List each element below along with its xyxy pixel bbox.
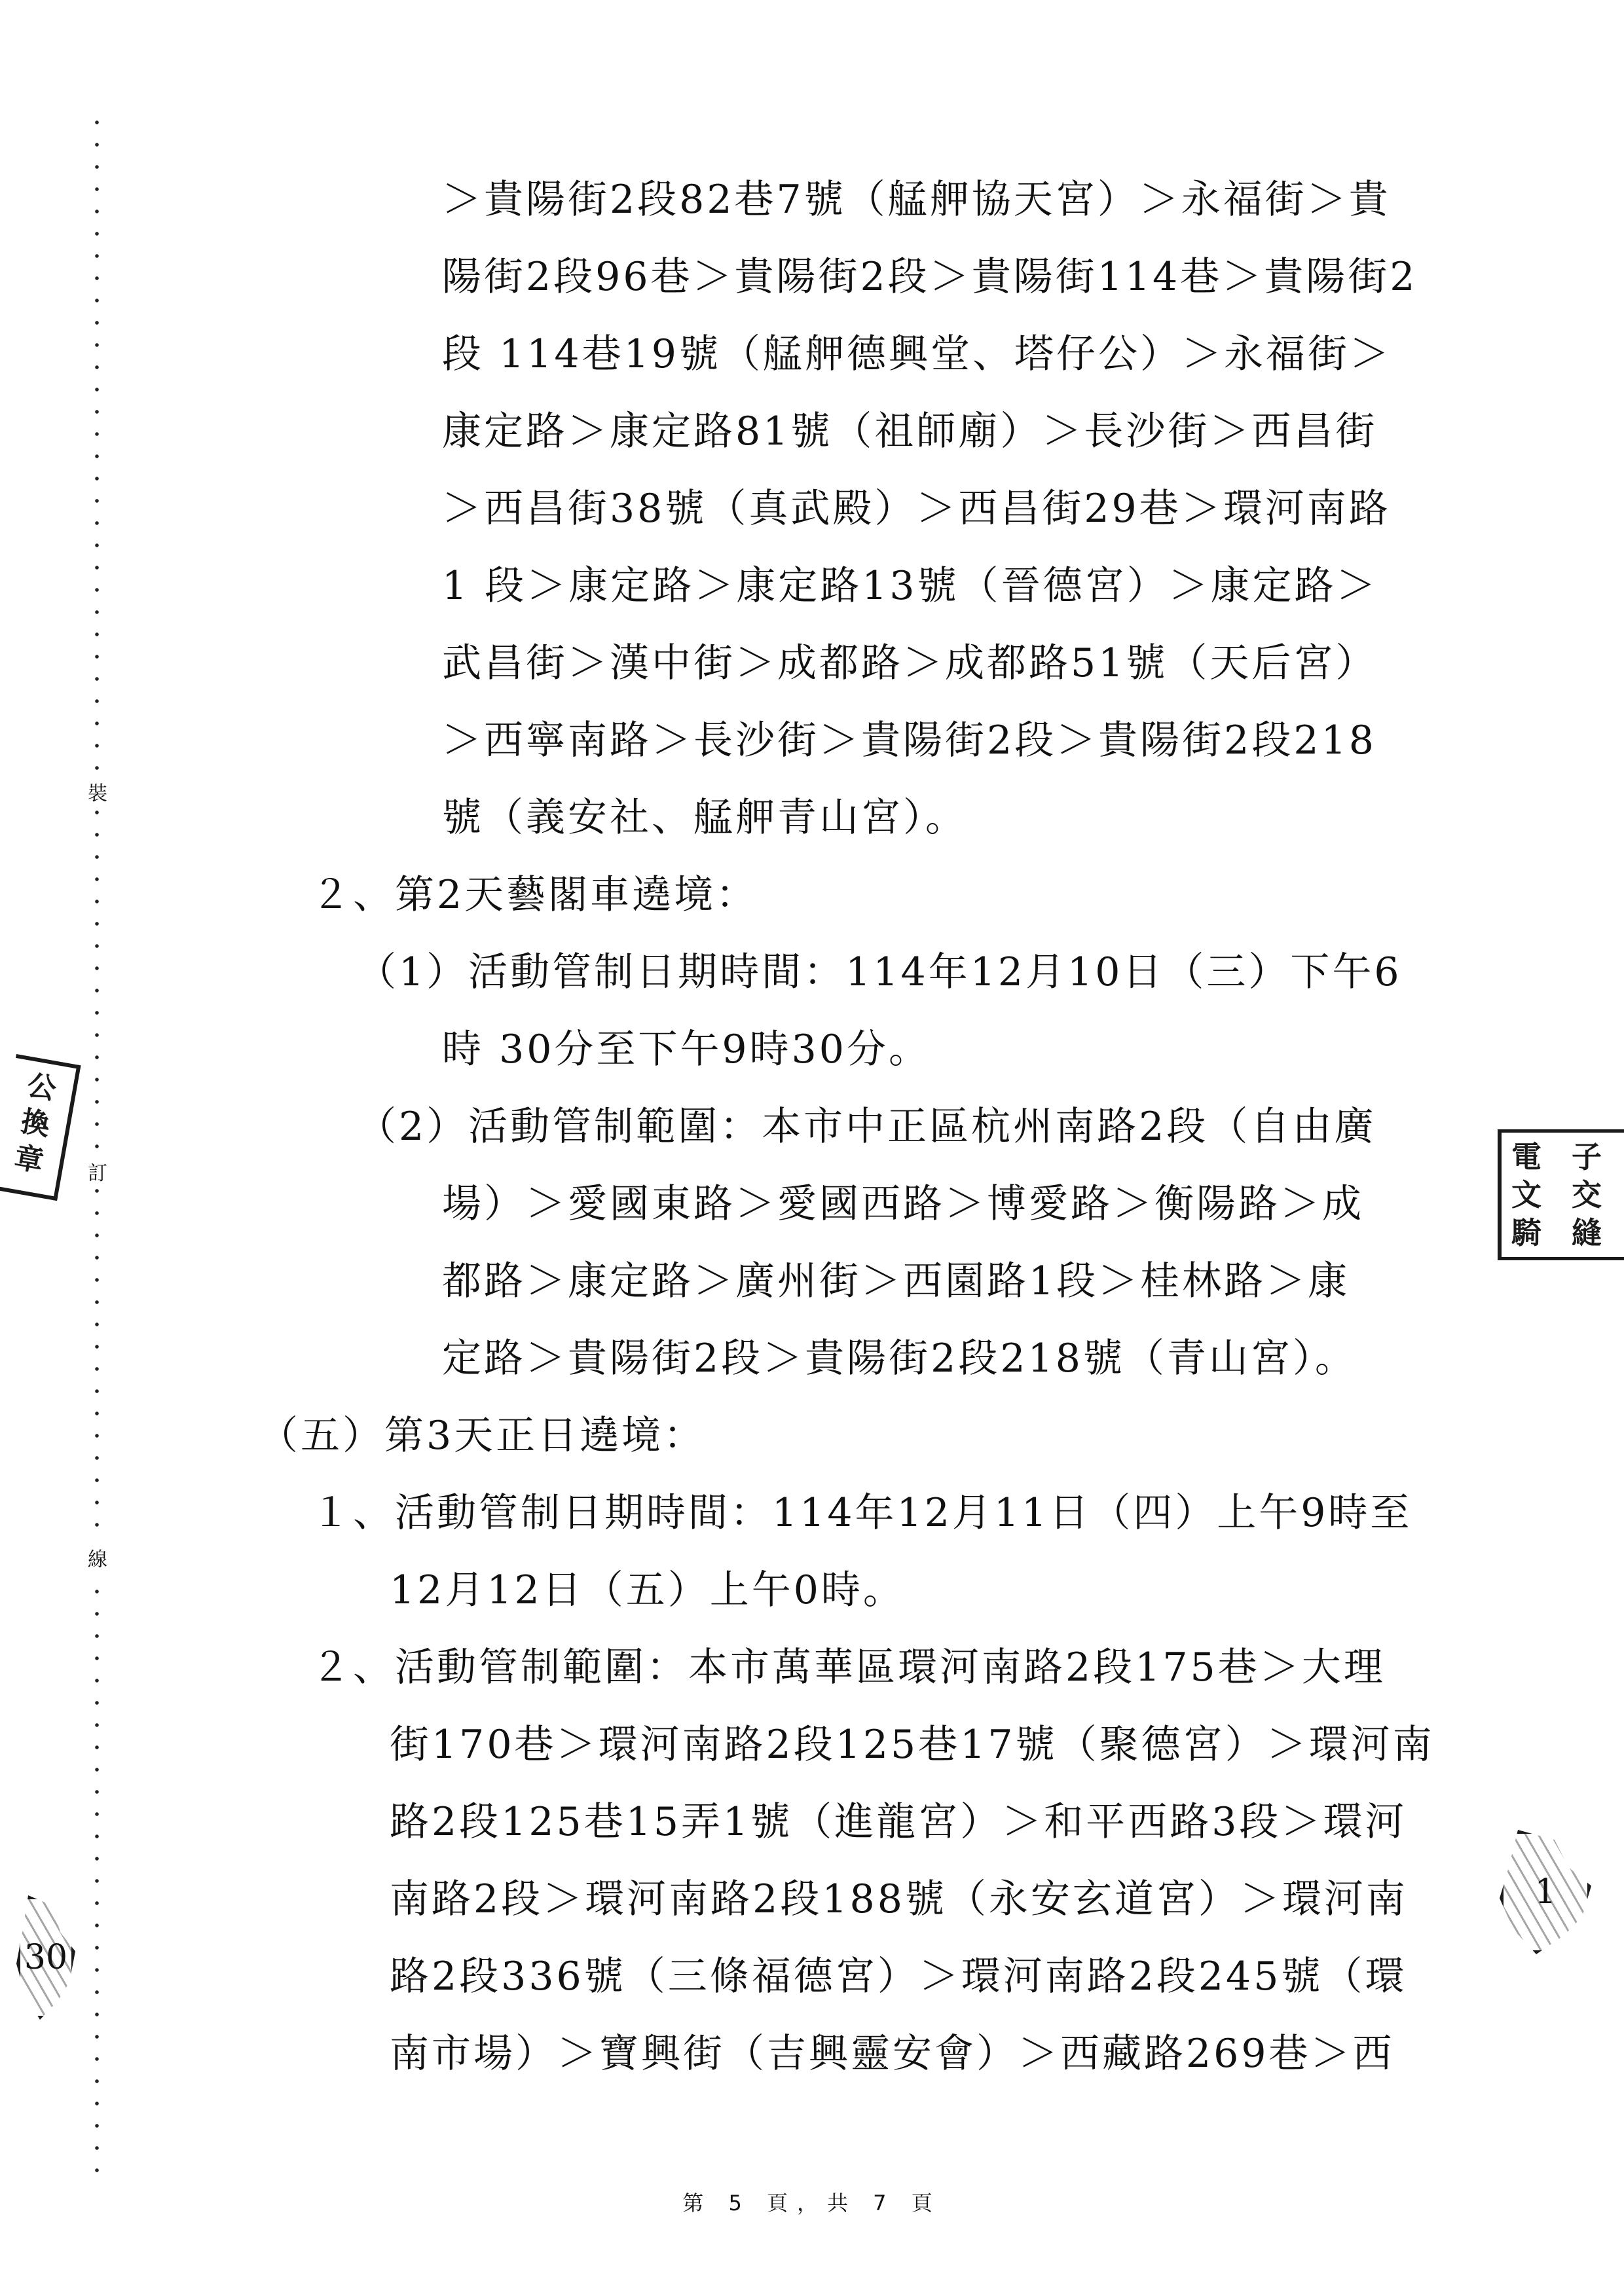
seal-char: 交 xyxy=(1567,1176,1606,1214)
list-item-control-range: （2）活動管制範圍：本市中正區杭州南路2段（自由廣 xyxy=(357,1101,1376,1153)
body-text-line: 路2段125巷15弄1號（進龍宮）＞和平西路3段＞環河 xyxy=(390,1796,1407,1848)
body-text-line: 場）＞愛國東路＞愛國西路＞博愛路＞衡陽路＞成 xyxy=(442,1178,1364,1230)
body-text-line: 康定路＞康定路81號（祖師廟）＞長沙街＞西昌街 xyxy=(442,405,1377,458)
binding-dotted-line xyxy=(95,111,99,2180)
list-item-control-time: （1）活動管制日期時間：114年12月10日（三）下午6 xyxy=(357,946,1402,998)
seal-column-2: 子 交 縫 xyxy=(1567,1138,1606,1252)
section-heading-day3: （五）第3天正日遶境： xyxy=(259,1410,705,1462)
body-text-line: 段 114巷19號（艋舺德興堂、塔仔公）＞永福街＞ xyxy=(442,328,1392,380)
list-item-control-time: １、活動管制日期時間：114年12月11日（四）上午9時至 xyxy=(311,1487,1412,1539)
body-text-line: 南路2段＞環河南路2段188號（永安玄道宮）＞環河南 xyxy=(390,1873,1408,1925)
body-text-line: ＞西昌街38號（真武殿）＞西昌街29巷＞環河南路 xyxy=(442,483,1391,535)
body-text-line: 路2段336號（三條福德宮）＞環河南路2段245號（環 xyxy=(390,1950,1407,2003)
seal-char: 電 xyxy=(1507,1138,1546,1176)
list-item-control-range: ２、活動管制範圍：本市萬華區環河南路2段175巷＞大理 xyxy=(311,1641,1386,1694)
body-text-line: ＞貴陽街2段82巷7號（艋舺協天宮）＞永福街＞貴 xyxy=(442,173,1391,226)
body-text-line: 號（義安社、艋舺青山宮）。 xyxy=(442,792,967,844)
binding-label-zhuang: 裝 xyxy=(84,779,111,809)
body-text-line: 12月12日（五）上午0時。 xyxy=(390,1564,905,1616)
body-text-line: 都路＞康定路＞廣州街＞西園路1段＞桂林路＞康 xyxy=(442,1255,1350,1307)
electronic-document-seal-stamp: 電 文 騎 子 交 縫 xyxy=(1498,1129,1624,1260)
seal-char: 子 xyxy=(1567,1138,1606,1176)
section-heading-day2: ２、第2天藝閣車遶境： xyxy=(311,869,758,921)
seal-number: 30 xyxy=(24,1938,67,1977)
body-text-line: 定路＞貴陽街2段＞貴陽街2段218號（青山宮）。 xyxy=(442,1332,1357,1385)
official-seal-stamp-left: 公 換 章 xyxy=(0,1054,81,1201)
body-text-line: 1 段＞康定路＞康定路13號（晉德宮）＞康定路＞ xyxy=(442,560,1378,612)
body-text-line: 武昌街＞漢中街＞成都路＞成都路51號（天后宮） xyxy=(442,637,1377,689)
body-text-line: 時 30分至下午9時30分。 xyxy=(442,1023,931,1076)
seal-char: 騎 xyxy=(1507,1214,1546,1252)
page-number-footer: 第 5 頁，共 7 頁 xyxy=(0,2187,1624,2217)
body-text-line: 街170巷＞環河南路2段125巷17號（聚德宮）＞環河南 xyxy=(390,1719,1435,1771)
document-page: 裝 訂 線 公 換 章 電 文 騎 子 交 縫 30 1 ＞貴陽街2段82巷7號… xyxy=(0,0,1624,2296)
body-text-line: 陽街2段96巷＞貴陽街2段＞貴陽街114巷＞貴陽街2 xyxy=(442,251,1417,303)
perforation-seal-right-icon: 1 xyxy=(1500,1830,1591,1954)
seal-char: 縫 xyxy=(1567,1214,1606,1252)
seal-column-1: 電 文 騎 xyxy=(1507,1138,1546,1252)
binding-label-xian: 線 xyxy=(84,1545,111,1575)
perforation-seal-left-icon: 30 xyxy=(16,1895,75,2020)
binding-label-ding: 訂 xyxy=(84,1159,111,1189)
body-text-line: ＞西寧南路＞長沙街＞貴陽街2段＞貴陽街2段218 xyxy=(442,714,1376,767)
seal-char: 文 xyxy=(1507,1176,1546,1214)
seal-number: 1 xyxy=(1534,1872,1556,1912)
body-text-line: 南市場）＞寶興街（吉興靈安會）＞西藏路269巷＞西 xyxy=(390,2028,1395,2080)
